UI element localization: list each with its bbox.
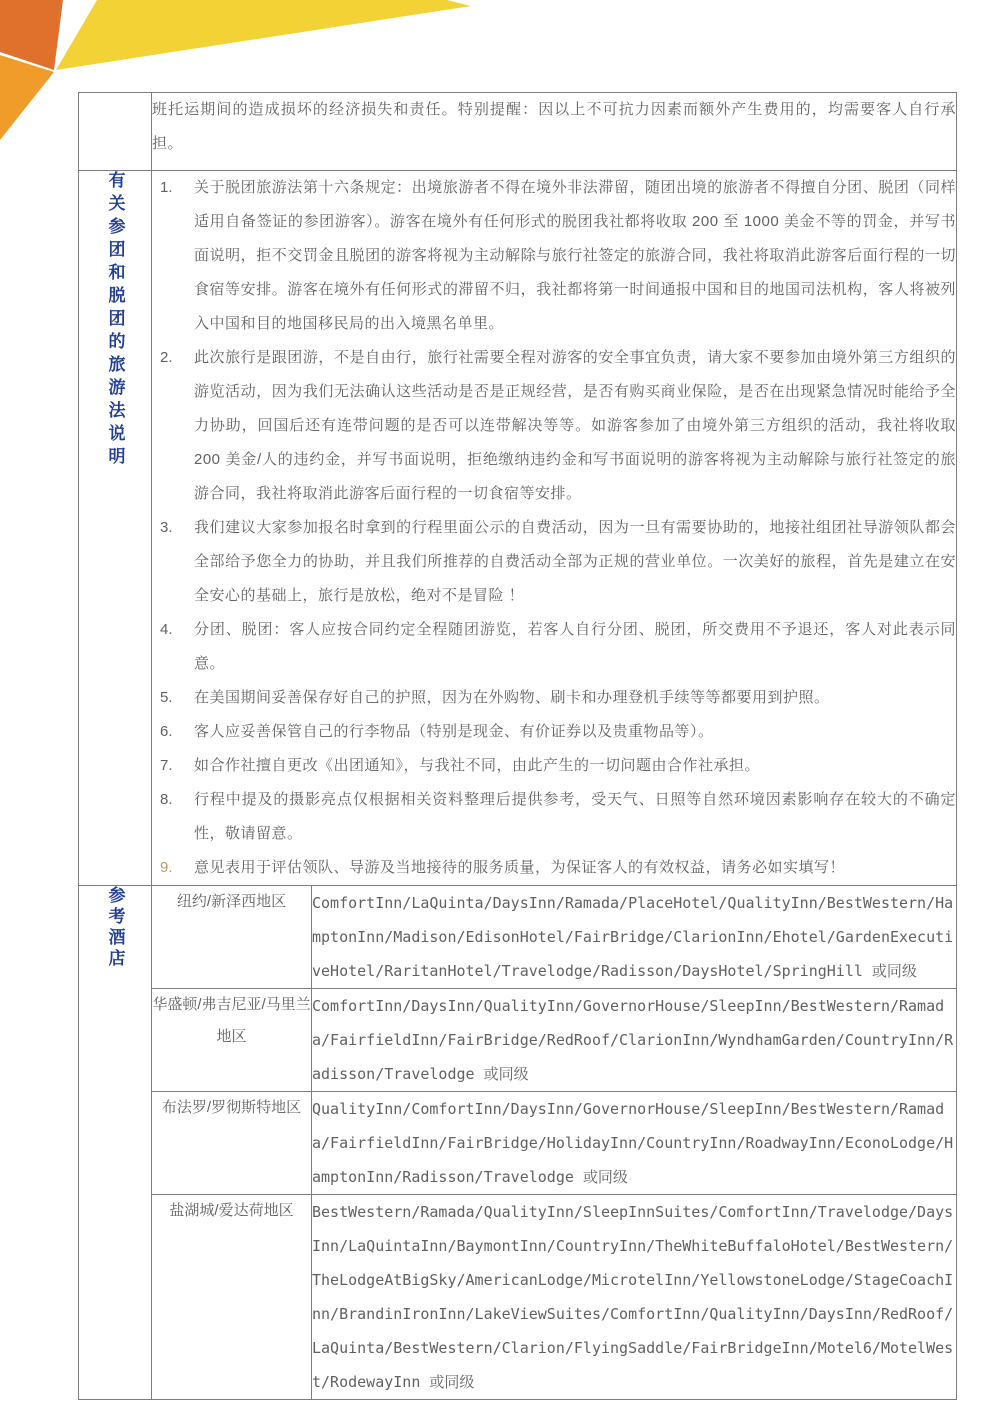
law-item-text: 我们建议大家参加报名时拿到的行程里面公示的自费活动，因为一旦有需要协助的，地接社…	[194, 511, 956, 613]
hotel-list: ComfortInn/LaQuinta/DaysInn/Ramada/Place…	[312, 886, 957, 989]
table-row: 盐湖城/爱达荷地区 BestWestern/Ramada/QualityInn/…	[79, 1195, 957, 1400]
law-item-text: 此次旅行是跟团游，不是自由行，旅行社需要全程对游客的安全事宜负责，请大家不要参加…	[194, 341, 956, 511]
terms-table: 班托运期间的造成损坏的经济损失和责任。特别提醒：因以上不可抗力因素而额外产生费用…	[78, 92, 957, 1400]
table-row: 班托运期间的造成损坏的经济损失和责任。特别提醒：因以上不可抗力因素而额外产生费用…	[79, 93, 957, 171]
law-item-number: 7.	[152, 749, 194, 783]
hotel-list: QualityInn/ComfortInn/DaysInn/GovernorHo…	[312, 1092, 957, 1195]
law-item-number: 5.	[152, 681, 194, 715]
law-section-title: 有关参团和脱团的旅游法说明	[107, 171, 124, 470]
law-item-text: 意见表用于评估领队、导游及当地接待的服务质量，为保证客人的有效权益，请务必如实填…	[194, 851, 956, 885]
law-item: 1. 关于脱团旅游法第十六条规定：出境旅游者不得在境外非法滞留，随团出境的旅游者…	[152, 171, 956, 341]
table-row: 华盛顿/弗吉尼亚/马里兰地区 ComfortInn/DaysInn/Qualit…	[79, 989, 957, 1092]
hotel-section-label-cell: 参考酒店	[79, 886, 152, 1400]
region-name: 华盛顿/弗吉尼亚/马里兰地区	[152, 989, 312, 1092]
law-item: 6. 客人应妥善保管自己的行李物品（特别是现金、有价证券以及贵重物品等）。	[152, 715, 956, 749]
law-item-number: 1.	[152, 171, 194, 341]
law-item-number: 4.	[152, 613, 194, 681]
law-item: 8. 行程中提及的摄影亮点仅根据相关资料整理后提供参考，受天气、日照等自然环境因…	[152, 783, 956, 851]
table-row: 布法罗/罗彻斯特地区 QualityInn/ComfortInn/DaysInn…	[79, 1092, 957, 1195]
empty-label-cell	[79, 93, 152, 171]
law-item-text: 在美国期间妥善保存好自己的护照，因为在外购物、刷卡和办理登机手续等等都要用到护照…	[194, 681, 956, 715]
law-section-label-cell: 有关参团和脱团的旅游法说明	[79, 171, 152, 886]
law-item-number: 9.	[152, 851, 194, 885]
law-item-text: 行程中提及的摄影亮点仅根据相关资料整理后提供参考，受天气、日照等自然环境因素影响…	[194, 783, 956, 851]
law-item-number: 2.	[152, 341, 194, 511]
law-item-number: 3.	[152, 511, 194, 613]
law-item: 4. 分团、脱团：客人应按合同约定全程随团游览，若客人自行分团、脱团，所交费用不…	[152, 613, 956, 681]
law-item: 7. 如合作社擅自更改《出团通知》，与我社不同，由此产生的一切问题由合作社承担。	[152, 749, 956, 783]
region-name: 盐湖城/爱达荷地区	[152, 1195, 312, 1400]
table-row: 参考酒店 纽约/新泽西地区 ComfortInn/LaQuinta/DaysIn…	[79, 886, 957, 989]
continuation-text: 班托运期间的造成损坏的经济损失和责任。特别提醒：因以上不可抗力因素而额外产生费用…	[152, 93, 956, 161]
law-item-text: 如合作社擅自更改《出团通知》，与我社不同，由此产生的一切问题由合作社承担。	[194, 749, 956, 783]
law-item: 5. 在美国期间妥善保存好自己的护照，因为在外购物、刷卡和办理登机手续等等都要用…	[152, 681, 956, 715]
law-item-text: 客人应妥善保管自己的行李物品（特别是现金、有价证券以及贵重物品等）。	[194, 715, 956, 749]
region-name: 布法罗/罗彻斯特地区	[152, 1092, 312, 1195]
law-item: 2. 此次旅行是跟团游，不是自由行，旅行社需要全程对游客的安全事宜负责，请大家不…	[152, 341, 956, 511]
hotel-list: ComfortInn/DaysInn/QualityInn/GovernorHo…	[312, 989, 957, 1092]
region-name: 纽约/新泽西地区	[152, 886, 312, 989]
hotel-list: BestWestern/Ramada/QualityInn/SleepInnSu…	[312, 1195, 957, 1400]
law-item: 9. 意见表用于评估领队、导游及当地接待的服务质量，为保证客人的有效权益，请务必…	[152, 851, 956, 885]
law-item: 3. 我们建议大家参加报名时拿到的行程里面公示的自费活动，因为一旦有需要协助的，…	[152, 511, 956, 613]
continuation-cell: 班托运期间的造成损坏的经济损失和责任。特别提醒：因以上不可抗力因素而额外产生费用…	[152, 93, 957, 171]
law-item-number: 8.	[152, 783, 194, 851]
orange-triangle	[0, 55, 54, 140]
yellow-triangle	[56, 0, 471, 70]
law-item-text: 关于脱团旅游法第十六条规定：出境旅游者不得在境外非法滞留，随团出境的旅游者不得擅…	[194, 171, 956, 341]
law-item-text: 分团、脱团：客人应按合同约定全程随团游览，若客人自行分团、脱团，所交费用不予退还…	[194, 613, 956, 681]
table-row: 有关参团和脱团的旅游法说明 1. 关于脱团旅游法第十六条规定：出境旅游者不得在境…	[79, 171, 957, 886]
hotel-section-title: 参考酒店	[107, 886, 124, 970]
document-page: { "decor": { "dark_orange": "#E0712C", "…	[0, 0, 1000, 1413]
law-items-cell: 1. 关于脱团旅游法第十六条规定：出境旅游者不得在境外非法滞留，随团出境的旅游者…	[152, 171, 957, 886]
law-item-number: 6.	[152, 715, 194, 749]
